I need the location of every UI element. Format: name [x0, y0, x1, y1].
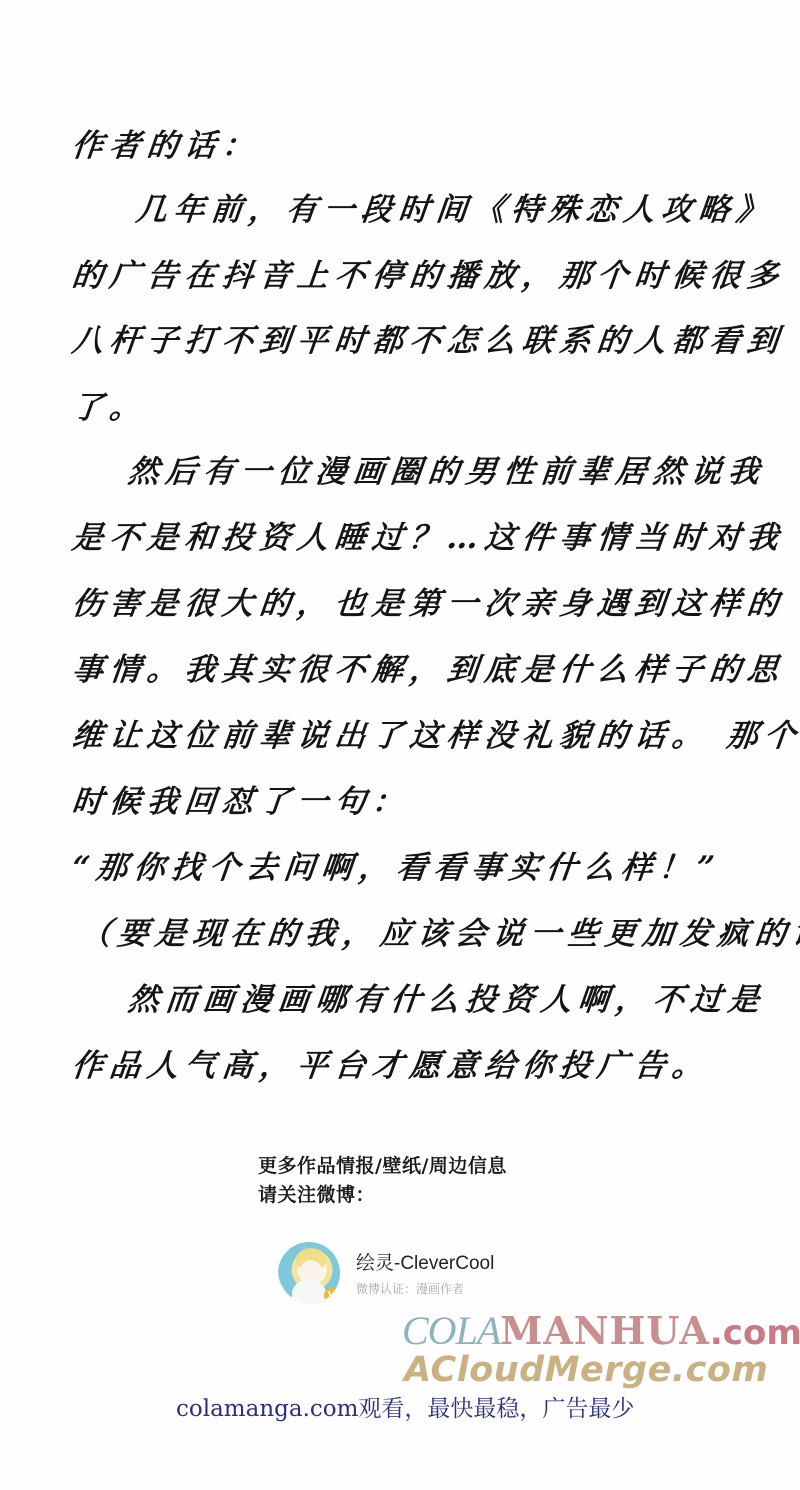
acloudmerge-watermark: ACloudMerge.com [404, 1350, 768, 1390]
colamanhua-watermark: COLAMANHUA.com [402, 1310, 800, 1352]
note-line: （要是现在的我，应该会说一些更加发疯的话！） [78, 914, 800, 954]
verified-badge-icon: V [324, 1288, 339, 1303]
note-line: “那你找个去问啊，看看事实什么样！” [70, 848, 723, 888]
watermark-manhua: MANHUA [500, 1308, 710, 1353]
note-line: 然后有一位漫画圈的男性前辈居然说我 [126, 452, 768, 492]
note-line: 的广告在抖音上不停的播放，那个时候很多 [70, 256, 787, 296]
promo-heading-line-1: 更多作品情报/壁纸/周边信息 [258, 1152, 507, 1181]
profile-verification: 微博认证：漫画作者 [356, 1280, 464, 1297]
avatar-body [292, 1280, 326, 1304]
weibo-profile-card[interactable]: V 绘灵-CleverCool 微博认证：漫画作者 [278, 1240, 538, 1306]
note-line: 事情。我其实很不解，到底是什么样子的思 [70, 650, 787, 690]
note-line: 时候我回怼了一句： [70, 782, 412, 822]
weibo-promo: 更多作品情报/壁纸/周边信息 请关注微博： [258, 1152, 507, 1210]
note-line: 作品人气高，平台才愿意给你投广告。 [70, 1046, 712, 1086]
note-line: 几年前，有一段时间《特殊恋人攻略》 [134, 190, 776, 230]
note-line: 维让这位前辈说出了这样没礼貌的话。 那个 [70, 716, 800, 756]
note-line: 了。 [70, 388, 149, 428]
site-footer-text: colamanga.com观看，最快最稳，广告最少 [176, 1394, 634, 1424]
watermark-cola: COLA [402, 1308, 500, 1353]
promo-heading-line-2: 请关注微博： [258, 1181, 507, 1210]
profile-name[interactable]: 绘灵-CleverCool [356, 1248, 494, 1275]
avatar-face [300, 1260, 322, 1282]
note-line: 是不是和投资人睡过？…这件事情当时对我 [70, 518, 787, 558]
comic-page: 作者的话：几年前，有一段时间《特殊恋人攻略》的广告在抖音上不停的播放，那个时候很… [0, 0, 800, 1490]
note-line: 八杆子打不到平时都不怎么联系的人都看到 [70, 321, 787, 361]
avatar[interactable]: V [278, 1242, 340, 1304]
note-line: 伤害是很大的，也是第一次亲身遇到这样的 [70, 584, 787, 624]
note-line: 然而画漫画哪有什么投资人啊，不过是 [126, 980, 768, 1020]
note-title: 作者的话： [70, 126, 262, 166]
watermark-dotcom: .com [710, 1313, 800, 1353]
